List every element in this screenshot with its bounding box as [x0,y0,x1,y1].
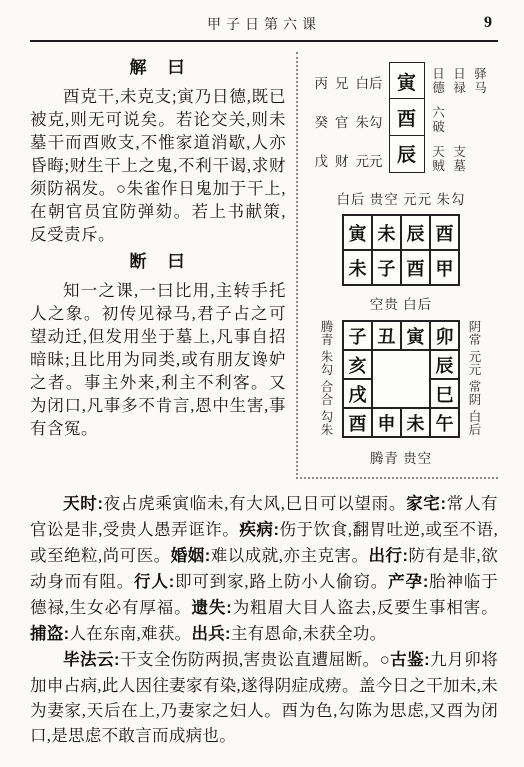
topic-label: 产孕: [388,573,428,591]
palace-cell: 戌 [343,379,372,408]
topic-text: 难以成就,亦主克害。 [211,546,369,565]
topic-label: 天时: [63,495,103,513]
three-transmissions: 丙 兄 白后 癸 官 朱勾 戊 财 元元 [304,62,498,179]
course-cell: 酉 [430,215,459,250]
side-label: 白后 [468,411,482,438]
topic-label: 古鉴: [390,651,430,669]
topic-label: 遗失: [192,599,233,617]
palace-center [372,350,430,408]
topic-label: 捕盗: [30,625,69,643]
course-cell: 甲 [430,250,459,285]
palace-cell: 巳 [430,379,459,408]
note: 日禄 [453,68,467,95]
topic-label: 行人: [134,573,174,591]
bifa-paragraph: 毕法云:干支全伤防两损,害贵讼直遭屈断。○古鉴:九月卯将加申占病,此人因往妻家有… [30,647,498,748]
note: 日德 [432,68,446,95]
branch-box-2: 酉 [389,98,425,136]
notes-row-1: 日德 日禄 驿马 [432,62,488,101]
left-text-column: 解 曰 酉克干,未克支;寅乃日德,既已被克,则无可说矣。若论交关,则未墓干而酉败… [30,52,286,479]
note: 六破 [432,107,446,134]
topic-label: 疾病: [239,521,279,539]
side-label: 朱勾 [320,351,334,378]
relation: 财 [335,150,349,170]
side-label: 腾青 [320,321,334,348]
duan-paragraph: 知一之课,一曰比用,主转手托人之象。初传见禄马,君子占之可望动迁,但发用坐于墓上… [30,279,286,440]
palace-cell: 卯 [430,321,459,350]
topic-text: 夜占虎乘寅临未,有大风,巳日可以望雨。 [103,494,406,513]
topic-label: 婚姻: [171,547,211,565]
side-label: 合合 [320,381,334,408]
transmission-labels: 丙 兄 白后 癸 官 朱勾 戊 财 元元 [315,62,383,179]
header-rule [30,40,498,42]
transmission-row-3-labels: 戊 财 元元 [315,140,383,179]
topics-paragraph: 天时:夜占虎乘寅临未,有大风,巳日可以望雨。家宅:常人有官讼是非,受贵人愚弄诓诈… [30,491,498,647]
topic-text: 主有恩命,未获全功。 [231,624,387,643]
note: 驿马 [474,68,488,95]
topic-text: 即可到家,路上防小人偷窃。 [175,572,389,591]
generals: 白后 [356,72,383,92]
palace-cell: 午 [430,408,459,437]
palace-cell: 寅 [401,321,430,350]
course-cell: 子 [372,250,401,285]
branch-box-1: 寅 [389,62,425,100]
note: 天贼 [432,146,446,173]
running-title: 甲子日第六课 [30,14,498,34]
topic-text: 为粗眉大目人盗去,反要生事相害。 [232,598,498,617]
stem: 戊 [315,150,329,170]
stem: 癸 [315,111,329,131]
relation: 官 [335,111,349,131]
course-cell: 寅 [343,215,372,250]
four-courses-table: 寅 未 辰 酉 未 子 酉 甲 [342,214,460,286]
palace-cell: 酉 [343,408,372,437]
generals: 朱勾 [356,111,383,131]
topic-label: 出兵: [191,625,230,643]
course-generals-row: 白后 贵空 元元 朱勾 [304,188,498,208]
palace-grid: 子 丑 寅 卯 亥 辰 戌 巳 酉 申 未 午 [342,320,460,438]
topic-text: 人在东南,难获。 [69,624,191,643]
side-label: 勾朱 [320,411,334,438]
course-cell: 酉 [401,250,430,285]
course-cell: 未 [372,215,401,250]
palace-cell: 未 [401,408,430,437]
generals: 元元 [356,150,383,170]
notes-row-3: 天贼 支墓 [432,140,488,179]
relation: 兄 [335,72,349,92]
book-page: 甲子日第六课 9 解 曰 酉克干,未克支;寅乃日德,既已被克,则无可说矣。若论交… [0,0,524,748]
section-title-jie: 解 曰 [30,56,286,79]
side-label: 元元 [468,351,482,378]
palace-left-labels: 腾青 朱勾 合合 勾朱 [320,319,334,439]
palace-cell: 申 [372,408,401,437]
divination-panel: 丙 兄 白后 癸 官 朱勾 戊 财 元元 [296,52,498,479]
main-area: 解 曰 酉克干,未克支;寅乃日德,既已被克,则无可说矣。若论交关,则未墓干而酉败… [30,52,498,479]
side-label: 常阴 [468,381,482,408]
course-cell: 未 [343,250,372,285]
notes-row-2: 六破 [432,101,488,140]
jie-paragraph: 酉克干,未克支;寅乃日德,既已被克,则无可说矣。若论交关,则未墓干而酉败支,不惟… [30,85,286,246]
note: 支墓 [453,146,467,173]
topic-label: 家宅: [406,495,446,513]
palace-cell: 子 [343,321,372,350]
bottom-text-block: 天时:夜占虎乘寅临未,有大风,巳日可以望雨。家宅:常人有官讼是非,受贵人愚弄诓诈… [30,491,498,748]
topic-text: 干支全伤防两损,害贵讼直遭屈断。○ [120,650,390,669]
section-title-duan: 断 曰 [30,250,286,273]
transmission-row-1-labels: 丙 兄 白后 [315,62,383,101]
transmission-notes: 日德 日禄 驿马 六破 天贼 支墓 [432,62,488,179]
palace-cell: 亥 [343,350,372,379]
stem: 丙 [315,72,329,92]
palace-cell: 丑 [372,321,401,350]
branch-box-3: 辰 [389,135,425,173]
topic-label: 出行: [368,547,408,565]
page-number: 9 [484,14,492,32]
twelve-palace-diagram: 腾青 朱勾 合合 勾朱 子 丑 寅 卯 亥 辰 戌 巳 酉 申 [304,319,498,439]
topic-label: 毕法云: [63,651,120,669]
palace-cell: 辰 [430,350,459,379]
page-header: 甲子日第六课 9 [30,14,498,38]
palace-right-labels: 阴常 元元 常阴 白后 [468,319,482,439]
transmission-row-2-labels: 癸 官 朱勾 [315,101,383,140]
side-label: 阴常 [468,321,482,348]
palace-top-label: 空贵 白后 [304,293,498,313]
transmission-branch-boxes: 寅 酉 辰 [389,62,425,173]
palace-bottom-label: 腾青 贵空 [304,447,498,467]
course-cell: 辰 [401,215,430,250]
